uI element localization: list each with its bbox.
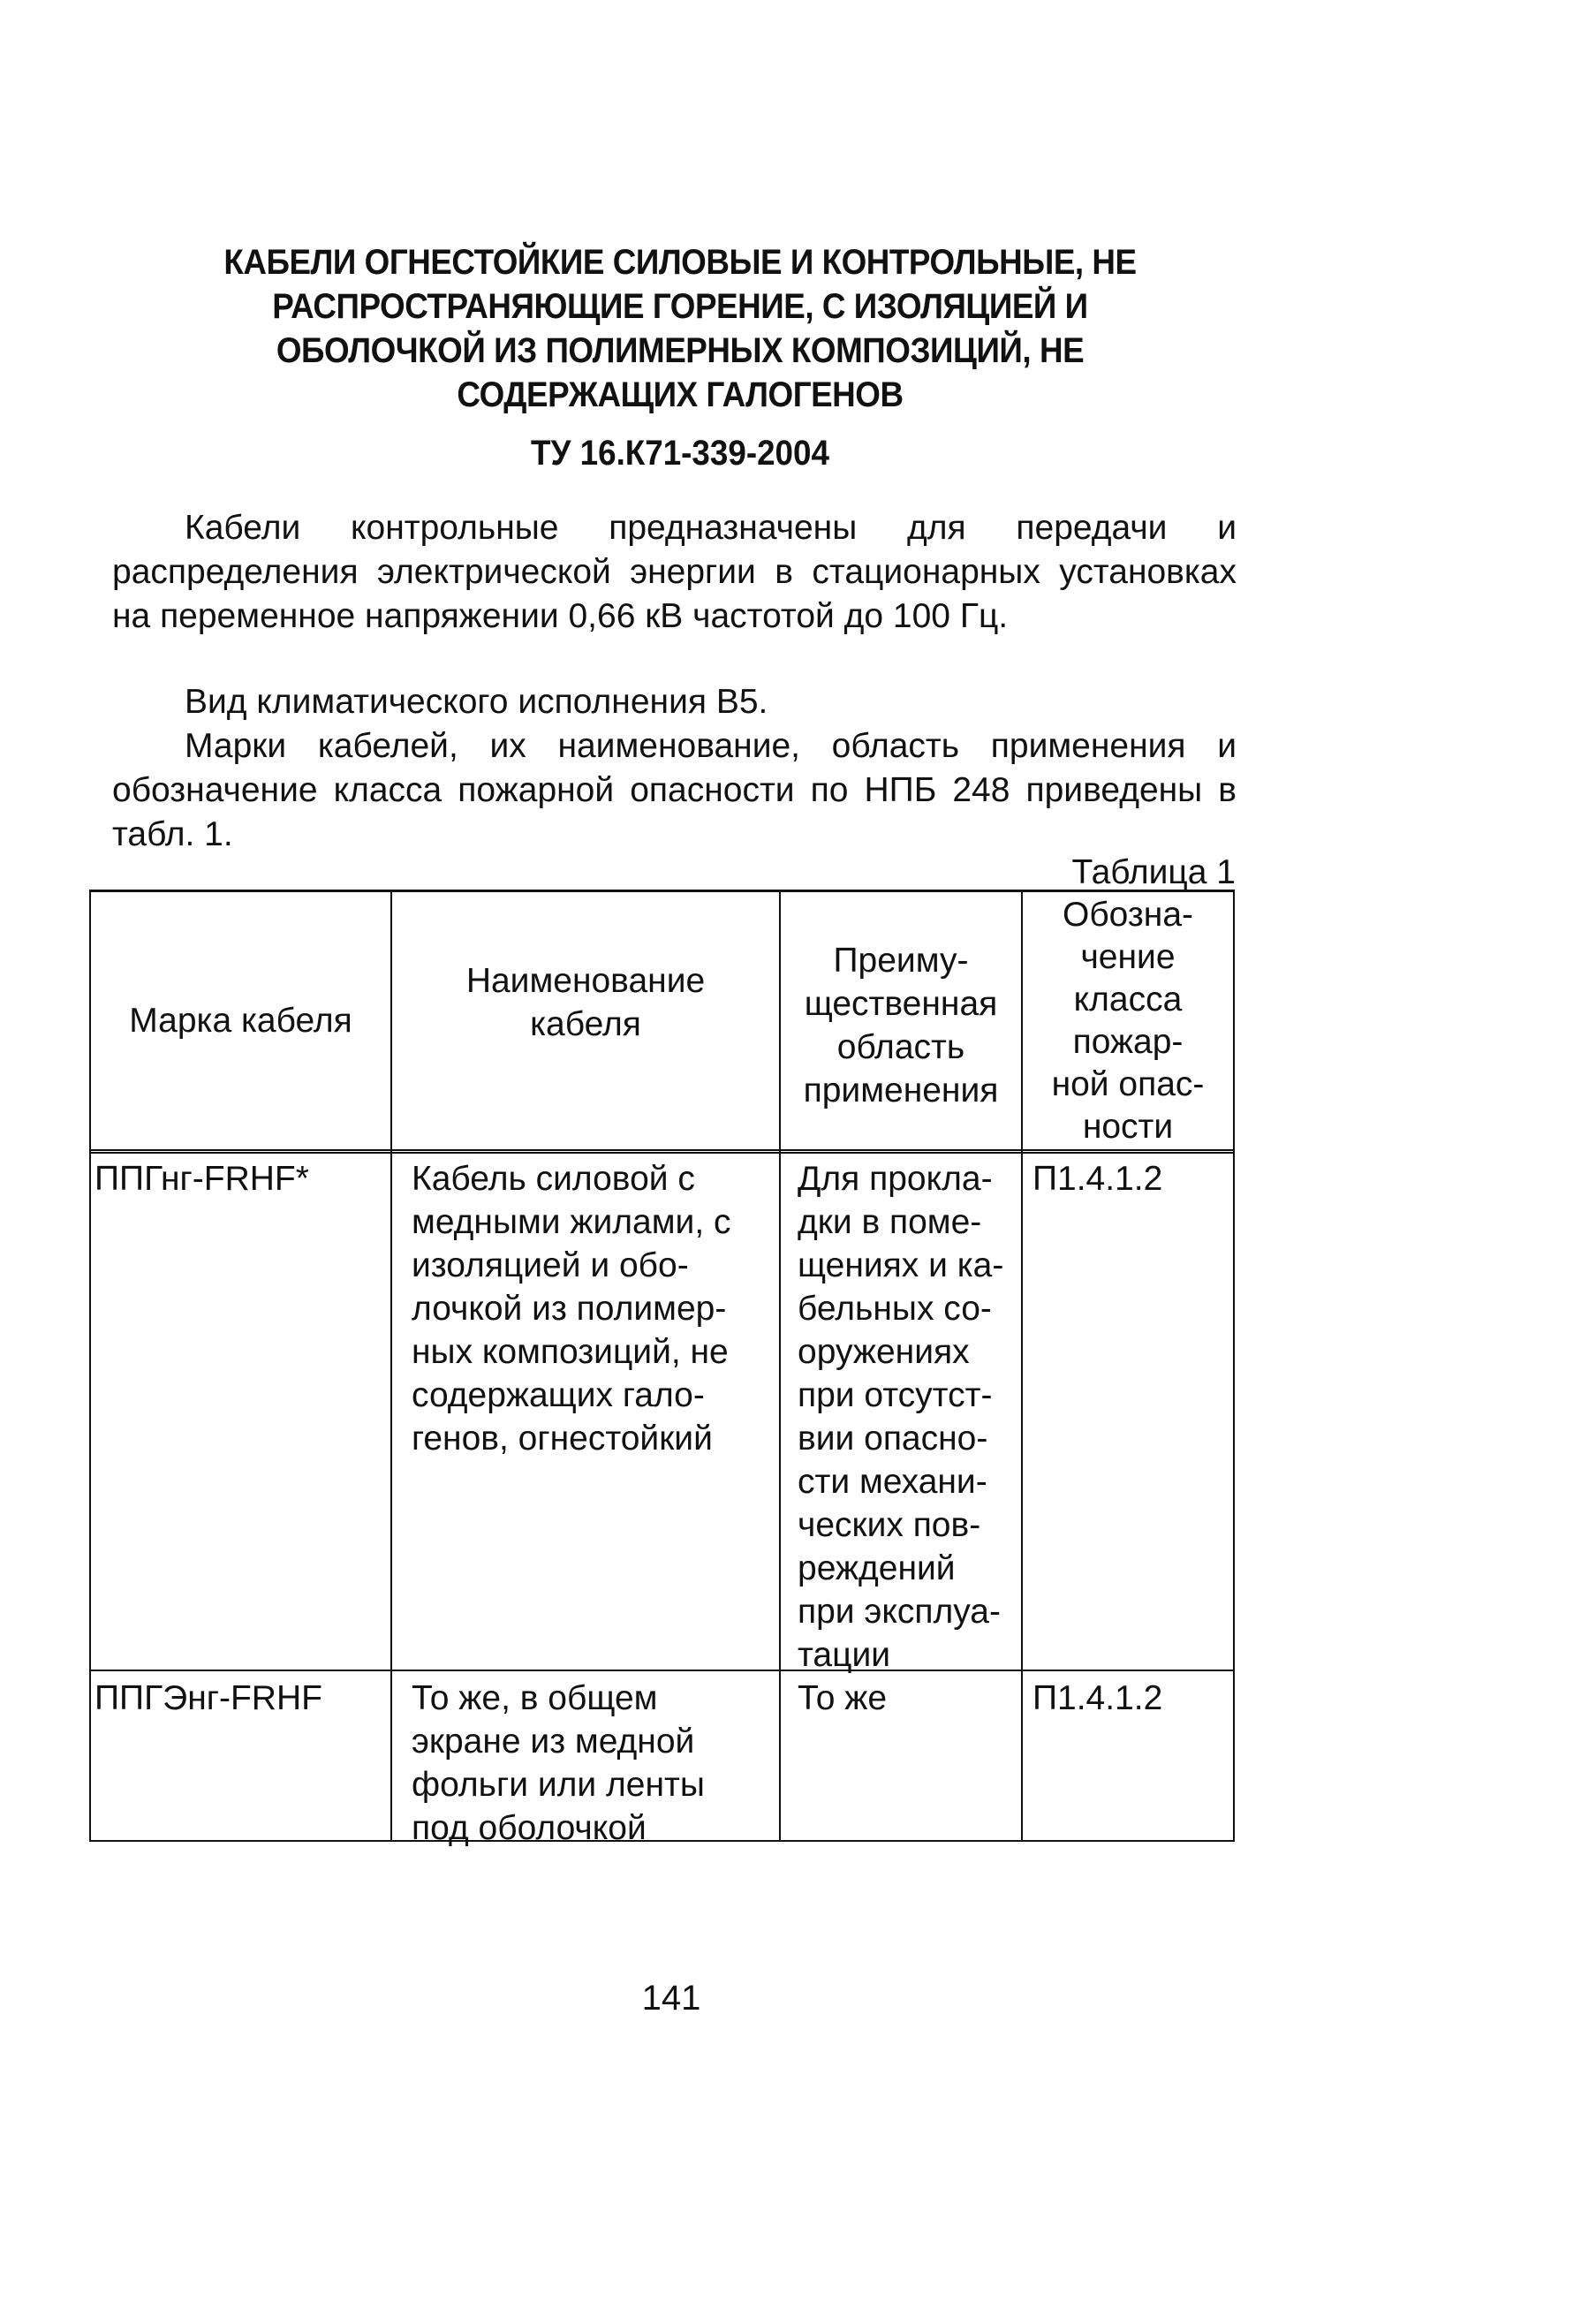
header-application-label: Преиму- щественная область применения [804,939,999,1112]
title-line: РАСПРОСТРАНЯЮЩИЕ ГОРЕНИЕ, С ИЗОЛЯЦИЕЙ И [152,284,1208,329]
title-line: КАБЕЛИ ОГНЕСТОЙКИЕ СИЛОВЫЕ И КОНТРОЛЬНЫЕ… [152,240,1208,284]
row2-fire-class: П1.4.1.2 [1032,1677,1227,1720]
header-name-label: Наименование кабеля [466,959,705,1046]
row2-brand: ППГЭнг-FRHF [95,1677,386,1720]
title-line: СОДЕРЖАЩИХ ГАЛОГЕНОВ [152,373,1208,417]
row1-brand: ППГнг-FRHF* [95,1157,386,1200]
paragraph-purpose: Кабели контрольные предназначены для пер… [112,506,1237,639]
page-number: 141 [618,1977,724,2019]
row1-name: Кабель силовой с медными жилами, с изоля… [412,1157,774,1460]
row1-application: Для прокла- дки в поме- щениях и ка- бел… [798,1157,1018,1677]
header-separator [91,1149,1233,1154]
document-title: КАБЕЛИ ОГНЕСТОЙКИЕ СИЛОВЫЕ И КОНТРОЛЬНЫЕ… [152,240,1208,417]
paragraph-climate: Вид климатического исполнения В5. [112,680,1237,724]
paragraph-table-ref: Марки кабелей, их наименование, область … [112,724,1237,857]
cable-table: Марка кабеля Наименование кабеля Преиму-… [89,890,1235,1842]
specification-number: ТУ 16.К71-339-2004 [152,431,1208,475]
row2-name: То же, в общем экране из медной фольги и… [412,1677,774,1850]
header-fire-class-label: Обозна- чение класса пожар- ной опас- но… [1052,894,1205,1148]
header-application: Преиму- щественная область применения [781,892,1021,1149]
row-separator [91,1670,1233,1671]
header-name: Наименование кабеля [392,892,779,1113]
header-brand: Марка кабеля [91,892,390,1149]
header-fire-class: Обозна- чение класса пожар- ной опас- но… [1023,892,1233,1149]
document-page: КАБЕЛИ ОГНЕСТОЙКИЕ СИЛОВЫЕ И КОНТРОЛЬНЫЕ… [0,0,1596,2302]
row1-fire-class: П1.4.1.2 [1032,1157,1227,1200]
row2-application: То же [798,1677,1018,1720]
header-brand-label: Марка кабеля [129,999,352,1042]
table-caption: Таблица 1 [1072,853,1236,892]
title-line: ОБОЛОЧКОЙ ИЗ ПОЛИМЕРНЫХ КОМПОЗИЦИЙ, НЕ [152,329,1208,373]
